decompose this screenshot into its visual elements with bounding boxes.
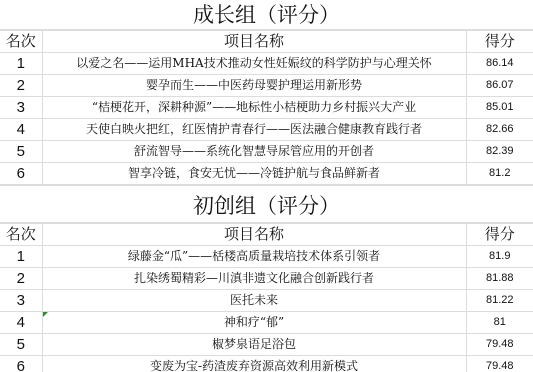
project-name-cell[interactable]: 婴孕而生——中医药母婴护理运用新形势 (42, 75, 466, 97)
table-row: 4 神和疗“郁” 81 (0, 312, 533, 334)
project-name-cell[interactable]: 变废为宝-药渣废弃资源高效利用新模式 (42, 356, 466, 372)
table-row: 2 婴孕而生——中医药母婴护理运用新形势 86.07 (0, 75, 533, 97)
header-row: 名次 项目名称 得分 (0, 31, 533, 53)
score-cell[interactable]: 81 (466, 312, 533, 334)
rank-cell[interactable]: 1 (0, 53, 42, 75)
project-name-cell[interactable]: 扎染绣蜀精彩—川滇非遗文化融合创新践行者 (42, 268, 466, 290)
spreadsheet: 成长组（评分） 名次 项目名称 得分 1 以爱之名——运用MHA技术推动女性妊娠… (0, 0, 533, 372)
table-row: 5 舒流智导——系统化智慧导尿管应用的开创者 82.39 (0, 141, 533, 163)
project-name-cell[interactable]: 医托未来 (42, 290, 466, 312)
table-row: 3 “桔梗花开，深耕种源”——地标性小桔梗助力乡村振兴大产业 85.01 (0, 97, 533, 119)
score-cell[interactable]: 81.2 (466, 163, 533, 185)
score-cell[interactable]: 86.14 (466, 53, 533, 75)
rank-cell[interactable]: 5 (0, 334, 42, 356)
score-cell[interactable]: 85.01 (466, 97, 533, 119)
rank-cell[interactable]: 3 (0, 97, 42, 119)
score-cell[interactable]: 79.48 (466, 334, 533, 356)
table-row: 6 智享冷链，食安无忧——冷链护航与食品鲜新者 81.2 (0, 163, 533, 185)
section-title-startup[interactable]: 初创组（评分） (0, 185, 533, 223)
project-name-cell[interactable]: 天使白映火把红，红医情护青春行——医法融合健康教育践行者 (42, 119, 466, 141)
table-row: 6 变废为宝-药渣废弃资源高效利用新模式 79.48 (0, 356, 533, 372)
rank-cell[interactable]: 2 (0, 75, 42, 97)
project-name-cell[interactable]: 以爱之名——运用MHA技术推动女性妊娠纹的科学防护与心理关怀 (42, 53, 466, 75)
header-project-name[interactable]: 项目名称 (42, 31, 466, 53)
project-name-cell[interactable]: 绿藤金“瓜”——栝楼高质量栽培技术体系引领者 (42, 246, 466, 268)
header-project-name[interactable]: 项目名称 (42, 224, 466, 246)
header-rank[interactable]: 名次 (0, 224, 42, 246)
header-score[interactable]: 得分 (466, 31, 533, 53)
project-name-cell[interactable]: 椒梦泉语足浴包 (42, 334, 466, 356)
score-cell[interactable]: 81.88 (466, 268, 533, 290)
header-rank[interactable]: 名次 (0, 31, 42, 53)
rank-cell[interactable]: 4 (0, 312, 42, 334)
rank-cell[interactable]: 4 (0, 119, 42, 141)
rank-cell[interactable]: 5 (0, 141, 42, 163)
rank-cell[interactable]: 6 (0, 356, 42, 372)
table-row: 5 椒梦泉语足浴包 79.48 (0, 334, 533, 356)
header-row: 名次 项目名称 得分 (0, 224, 533, 246)
score-cell[interactable]: 81.22 (466, 290, 533, 312)
rank-cell[interactable]: 1 (0, 246, 42, 268)
header-score[interactable]: 得分 (466, 224, 533, 246)
growth-group-table: 名次 项目名称 得分 1 以爱之名——运用MHA技术推动女性妊娠纹的科学防护与心… (0, 30, 533, 185)
table-row: 2 扎染绣蜀精彩—川滇非遗文化融合创新践行者 81.88 (0, 268, 533, 290)
startup-group-table: 名次 项目名称 得分 1 绿藤金“瓜”——栝楼高质量栽培技术体系引领者 81.9… (0, 223, 533, 372)
table-row: 1 绿藤金“瓜”——栝楼高质量栽培技术体系引领者 81.9 (0, 246, 533, 268)
score-cell[interactable]: 82.66 (466, 119, 533, 141)
rank-cell[interactable]: 2 (0, 268, 42, 290)
score-cell[interactable]: 86.07 (466, 75, 533, 97)
score-cell[interactable]: 79.48 (466, 356, 533, 372)
rank-cell[interactable]: 3 (0, 290, 42, 312)
table-row: 4 天使白映火把红，红医情护青春行——医法融合健康教育践行者 82.66 (0, 119, 533, 141)
rank-cell[interactable]: 6 (0, 163, 42, 185)
score-cell[interactable]: 81.9 (466, 246, 533, 268)
score-cell[interactable]: 82.39 (466, 141, 533, 163)
table-row: 1 以爱之名——运用MHA技术推动女性妊娠纹的科学防护与心理关怀 86.14 (0, 53, 533, 75)
project-name-cell-with-comment[interactable]: 神和疗“郁” (42, 312, 466, 334)
project-name-cell[interactable]: “桔梗花开，深耕种源”——地标性小桔梗助力乡村振兴大产业 (42, 97, 466, 119)
project-name-cell[interactable]: 舒流智导——系统化智慧导尿管应用的开创者 (42, 141, 466, 163)
project-name-cell[interactable]: 智享冷链，食安无忧——冷链护航与食品鲜新者 (42, 163, 466, 185)
table-row: 3 医托未来 81.22 (0, 290, 533, 312)
section-title-growth[interactable]: 成长组（评分） (0, 0, 533, 30)
